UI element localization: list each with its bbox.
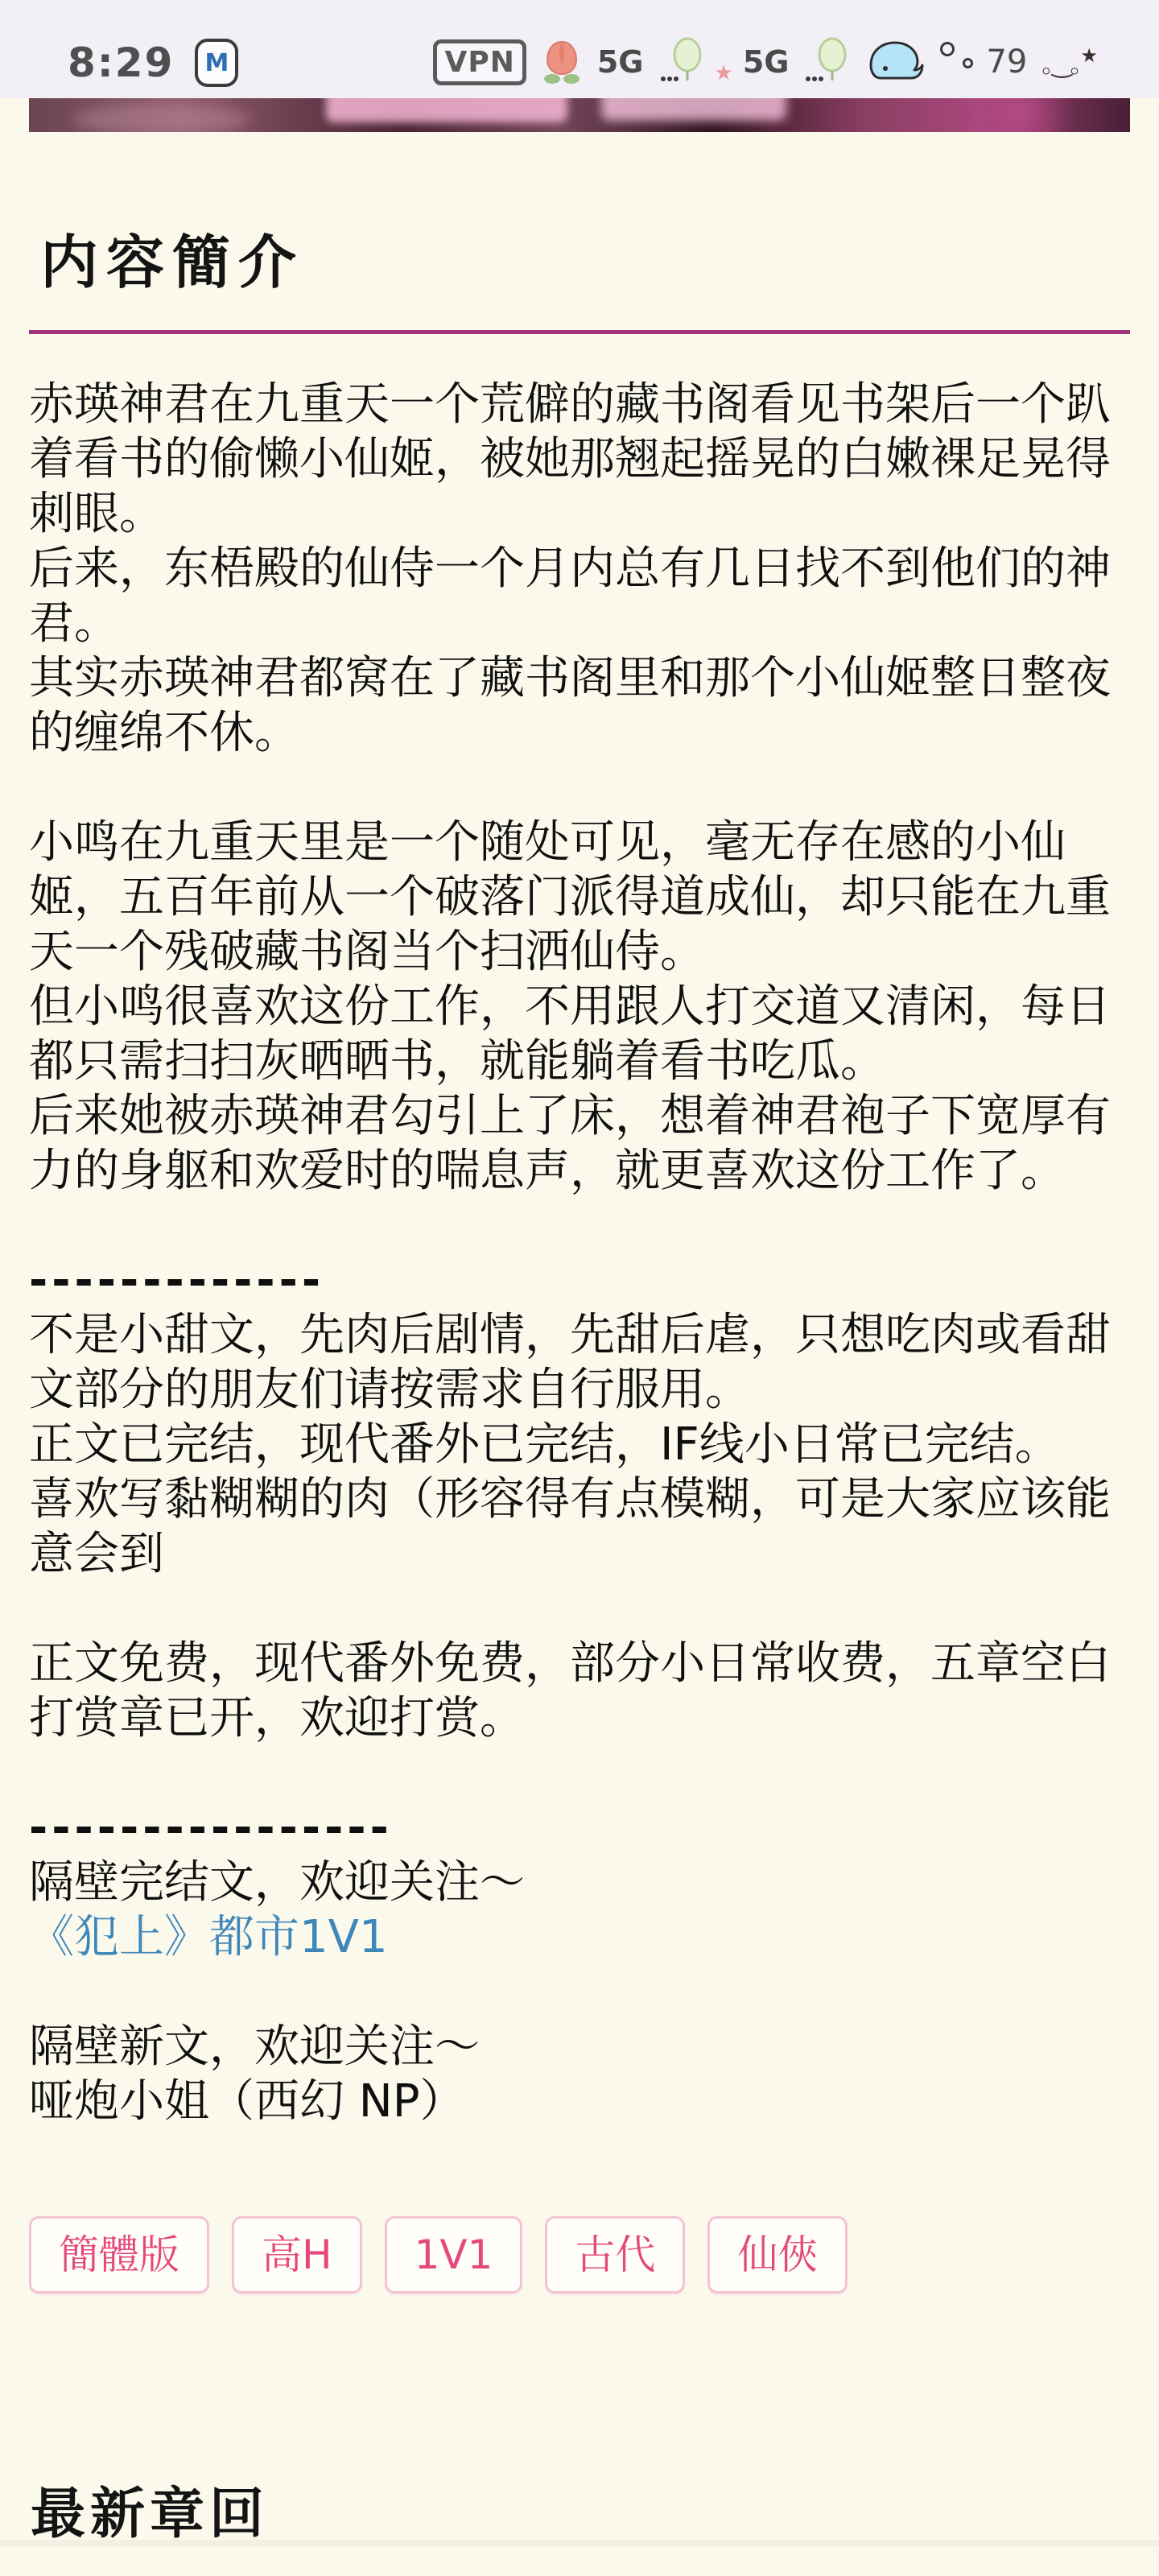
bubble-icon: [963, 58, 973, 68]
banner-text-glow: [601, 98, 786, 121]
title-underline: [29, 330, 1130, 334]
tag-traditional-version[interactable]: 簡體版: [29, 2216, 209, 2293]
section-separator: [0, 2540, 1159, 2546]
network-type-label: 5G: [597, 44, 644, 80]
tag-gudai[interactable]: 古代: [545, 2216, 685, 2293]
face-chars: ｡‿｡: [1041, 51, 1080, 79]
face-star-icon: ★: [1080, 44, 1096, 67]
intro-paragraph: 小鸣在九重天里是一个随处可见，毫无存在感的小仙 姬，五百年前从一个破落门派得道成…: [29, 815, 1130, 1199]
signal-balloon-icon: [803, 37, 850, 87]
dash-divider: -------------: [29, 1253, 1130, 1308]
network-type-label: 5G: [743, 44, 790, 80]
clock: 8:29: [68, 39, 174, 86]
intro-paragraph: 隔壁新文，欢迎关注～ 哑炮小姐（西幻 NP）: [29, 2020, 1130, 2129]
status-bar-left: 8:29 M: [68, 39, 238, 87]
dash-divider: ----------------: [29, 1801, 1130, 1856]
banner-texture: [73, 103, 250, 132]
intro-paragraph: 隔壁完结文，欢迎关注～: [29, 1856, 1130, 1910]
banner-text-glow: [326, 98, 567, 122]
whale-battery-icon: [864, 38, 926, 86]
sparkle-star-icon: ★: [715, 61, 733, 85]
m-app-notification-icon: M: [195, 39, 238, 87]
related-book-link[interactable]: 《犯上》都市1V1: [29, 1910, 1130, 1965]
face-emoticon-icon: ｡‿｡★: [1041, 44, 1096, 80]
tag-xianxia[interactable]: 仙俠: [707, 2216, 848, 2293]
signal-balloon-icon: [658, 37, 705, 87]
status-bar: 8:29 M VPN 5G ★ 5G 79 ｡‿｡: [0, 0, 1159, 98]
battery-percent: 79: [986, 43, 1027, 80]
latest-chapters-title: 最新章回: [31, 2471, 1130, 2549]
tag-gao-h[interactable]: 高H: [232, 2216, 362, 2293]
tag-row: 簡體版 高H 1V1 古代 仙俠: [29, 2216, 1130, 2293]
intro-paragraph: 不是小甜文，先肉后剧情，先甜后虐，只想吃肉或看甜 文部分的朋友们请按需求自行服用…: [29, 1308, 1130, 1582]
section-title: 内容簡介: [40, 216, 1130, 299]
banner-flower-blob: [949, 98, 1086, 132]
bubble-icon: [940, 42, 955, 56]
tag-1v1[interactable]: 1V1: [385, 2216, 523, 2293]
book-intro-section: 内容簡介 赤瑛神君在九重天一个荒僻的藏书阁看见书架后一个趴 着看书的偷懒小仙姬，…: [0, 216, 1159, 2549]
intro-paragraph: 赤瑛神君在九重天一个荒僻的藏书阁看见书架后一个趴 着看书的偷懒小仙姬，被她那翘起…: [29, 378, 1130, 761]
tulip-flower-icon: [541, 39, 583, 85]
status-bar-right: VPN 5G ★ 5G 79 ｡‿｡★: [433, 37, 1096, 87]
vpn-badge-icon: VPN: [433, 39, 526, 85]
intro-text-block: 赤瑛神君在九重天一个荒僻的藏书阁看见书架后一个趴 着看书的偷懒小仙姬，被她那翘起…: [29, 378, 1130, 2129]
header-banner-image: [29, 98, 1130, 132]
intro-paragraph: 正文免费，现代番外免费，部分小日常收费，五章空白 打赏章已开，欢迎打赏。: [29, 1637, 1130, 1746]
